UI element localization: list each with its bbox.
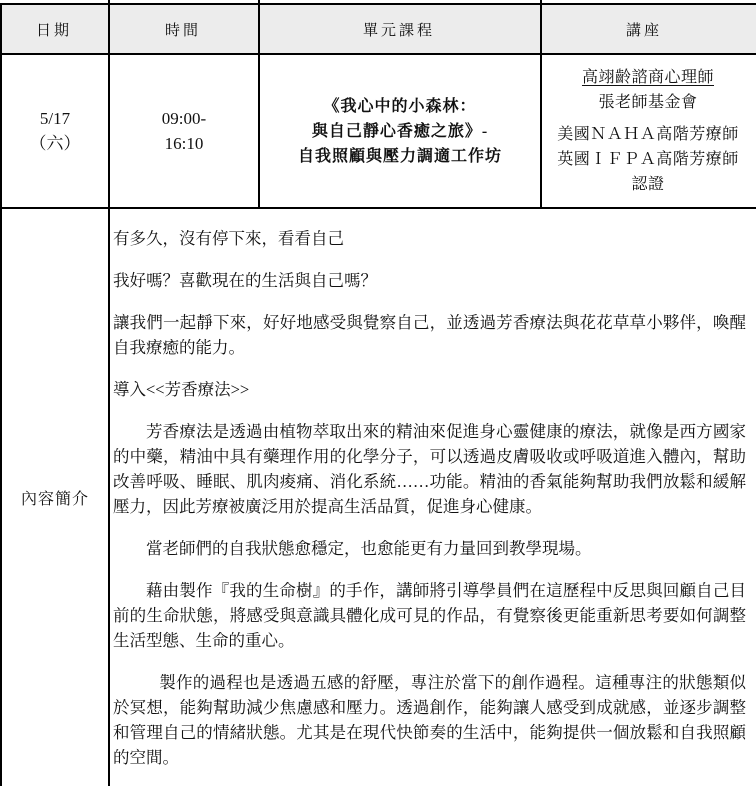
intro-paragraph: 當老師們的自我狀態愈穩定，也愈能更有力量回到教學現場。 bbox=[113, 536, 746, 561]
lecturer-cert-3: 認證 bbox=[631, 172, 664, 197]
lecturer-name: 高翊齡諮商心理師 bbox=[582, 65, 714, 90]
header-date-label: 日期 bbox=[36, 19, 72, 40]
intro-paragraph: 芳香療法是透過由植物萃取出來的精油來促進身心靈健康的療法，就像是西方國家的中藥，… bbox=[113, 419, 746, 519]
intro-paragraph: 導入<<芳香療法>> bbox=[113, 377, 746, 402]
intro-paragraph: 讓我們一起靜下來，好好地感受與覺察自己，並透過芳香療法與花花草草小夥伴，喚醒自我… bbox=[113, 310, 746, 360]
header-course-label: 單元課程 bbox=[363, 19, 435, 40]
session-time-line2: 16:10 bbox=[165, 131, 204, 156]
course-title-line2: 與自己靜心香癒之旅》- bbox=[312, 119, 488, 144]
intro-paragraph: 我好嗎？喜歡現在的生活與自己嗎？ bbox=[113, 268, 746, 293]
session-time-line1: 09:00- bbox=[162, 106, 206, 131]
grid-line-row1-bottom bbox=[0, 207, 756, 209]
course-schedule-document: 日期 時間 單元課程 講座 5/17 （六） 09:00- 16:10 《我心中… bbox=[0, 0, 756, 786]
lecturer-org: 張老師基金會 bbox=[598, 90, 697, 115]
session-course-cell: 《我心中的小森林： 與自己靜心香癒之旅》- 自我照顧與壓力調適工作坊 bbox=[260, 55, 540, 207]
course-title-line1: 《我心中的小森林： bbox=[323, 94, 476, 119]
course-title-line3: 自我照顧與壓力調適工作坊 bbox=[298, 144, 502, 169]
grid-line-col3 bbox=[540, 0, 542, 209]
header-lecturer-label: 講座 bbox=[626, 19, 662, 40]
intro-paragraph: 有多久，沒有停下來，看看自己 bbox=[113, 226, 746, 251]
grid-line-left bbox=[0, 3, 2, 786]
header-lecturer: 講座 bbox=[540, 5, 748, 53]
lecturer-cert-2: 英國ＩＦＰＡ高階芳療師 bbox=[557, 147, 739, 172]
header-course: 單元課程 bbox=[258, 5, 540, 53]
intro-content: 有多久，沒有停下來，看看自己 我好嗎？喜歡現在的生活與自己嗎？ 讓我們一起靜下來… bbox=[113, 226, 746, 786]
header-time-label: 時間 bbox=[165, 19, 201, 40]
session-time-cell: 09:00- 16:10 bbox=[110, 55, 258, 207]
intro-label-cell: 內容簡介 bbox=[2, 209, 108, 786]
intro-paragraph: 製作的過程也是透過五感的舒壓，專注於當下的創作過程。這種專注的狀態類似於冥想，能… bbox=[113, 670, 746, 770]
lecturer-cert-1: 美國ＮＡＨＡ高階芳療師 bbox=[557, 122, 739, 147]
header-time: 時間 bbox=[108, 5, 258, 53]
session-lecturer-cell: 高翊齡諮商心理師 張老師基金會 美國ＮＡＨＡ高階芳療師 英國ＩＦＰＡ高階芳療師 … bbox=[542, 55, 754, 207]
session-date-line2: （六） bbox=[30, 131, 81, 156]
grid-line-header-bottom bbox=[0, 53, 756, 55]
grid-line-col2 bbox=[258, 0, 260, 209]
header-date: 日期 bbox=[0, 5, 108, 53]
intro-paragraph: 藉由製作『我的生命樹』的手作，講師將引導學員們在這歷程中反思與回顧自己目前的生命… bbox=[113, 578, 746, 653]
intro-label: 內容簡介 bbox=[21, 486, 89, 509]
session-date-cell: 5/17 （六） bbox=[2, 55, 108, 207]
session-date-line1: 5/17 bbox=[40, 106, 70, 131]
grid-line-col1 bbox=[108, 0, 110, 786]
grid-line-top bbox=[0, 3, 756, 5]
